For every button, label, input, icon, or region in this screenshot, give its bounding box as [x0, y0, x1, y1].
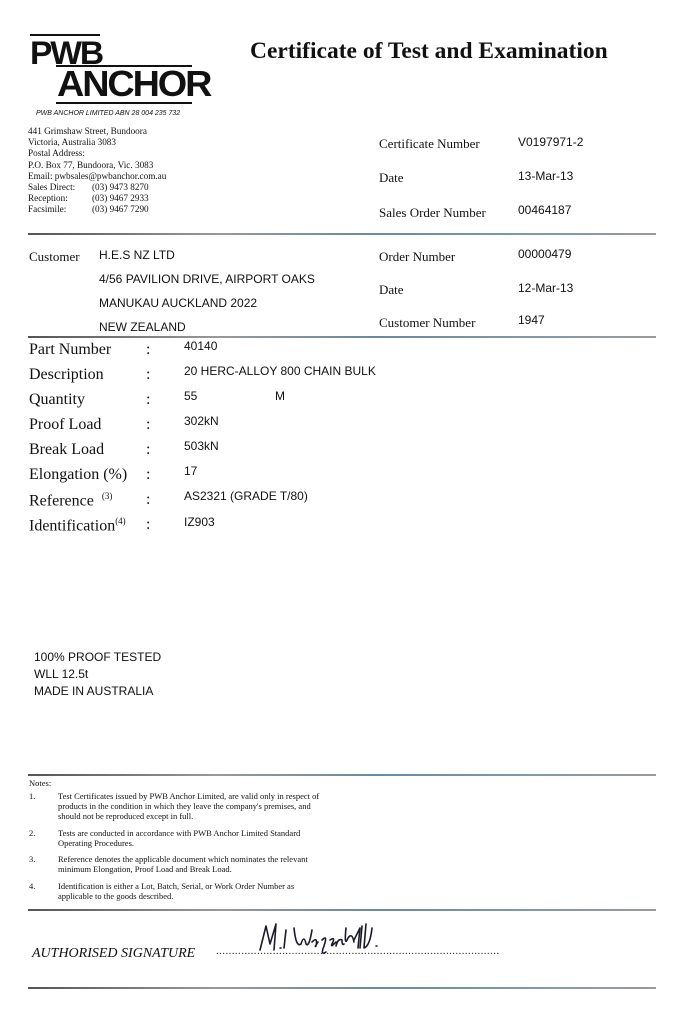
spec-label-identification: Identification(4) [29, 516, 126, 535]
note-text: Test Certificates issued by PWB Anchor L… [58, 791, 319, 821]
logo-anchor: ANCHOR [57, 66, 210, 102]
customer-label: Customer [29, 249, 80, 265]
customer-address-line: MANUKAU AUCKLAND 2022 [99, 296, 257, 310]
spec-label-reference: Reference (3) [29, 491, 112, 510]
spec-colon: : [146, 441, 150, 459]
certificate-date-label: Date [379, 170, 404, 186]
certificate-date-value: 13-Mar-13 [518, 169, 573, 183]
postal-label: Postal Address: [28, 148, 166, 159]
note-line: minimum Elongation, Proof Load and Break… [58, 864, 308, 874]
spec-colon: : [146, 366, 150, 384]
customer-address-line: 4/56 PAVILION DRIVE, AIRPORT OAKS [99, 272, 315, 286]
identification-footnote-marker: (4) [115, 516, 126, 526]
order-number-value: 00000479 [518, 247, 571, 261]
note-number: 4. [29, 881, 35, 891]
customer-name: H.E.S NZ LTD [99, 248, 175, 262]
note-line: Operating Procedures. [58, 838, 300, 848]
note-number: 2. [29, 828, 35, 838]
customer-number-value: 1947 [518, 313, 545, 327]
contact-reception: Reception: (03) 9467 2933 [28, 193, 166, 204]
remark-line: WLL 12.5t [34, 666, 161, 683]
note-line: Identification is either a Lot, Batch, S… [58, 881, 294, 891]
spec-colon: : [146, 416, 150, 434]
order-date-label: Date [379, 282, 404, 298]
company-email: Email: pwbsales@pwbanchor.com.au [28, 171, 166, 182]
certificate-number-value: V0197971-2 [518, 135, 583, 149]
spec-colon: : [146, 391, 150, 409]
reference-footnote-marker: (3) [102, 491, 113, 501]
note-line: Tests are conducted in accordance with P… [58, 828, 300, 838]
sales-order-number-value: 00464187 [518, 203, 571, 217]
remark-line: MADE IN AUSTRALIA [34, 683, 161, 700]
spec-value-proof-load: 302kN [184, 414, 219, 428]
contact-sales-direct: Sales Direct: (03) 9473 8270 [28, 182, 166, 193]
divider-signature-bottom [28, 987, 656, 989]
reference-label-text: Reference [29, 492, 94, 509]
note-number: 1. [29, 791, 35, 801]
note-line: applicable to the goods described. [58, 891, 294, 901]
customer-country: NEW ZEALAND [99, 320, 186, 334]
note-text: Reference denotes the applicable documen… [58, 854, 308, 874]
note-text: Identification is either a Lot, Batch, S… [58, 881, 294, 901]
logo-rule-bottom [56, 102, 192, 104]
contact-value: (03) 9473 8270 [92, 182, 149, 193]
spec-label-description: Description [29, 366, 104, 384]
spec-quantity-unit: M [275, 389, 285, 403]
spec-label-proof-load: Proof Load [29, 416, 101, 434]
document-title: Certificate of Test and Examination [250, 38, 608, 65]
contact-value: (03) 9467 2933 [92, 193, 149, 204]
remarks: 100% PROOF TESTED WLL 12.5t MADE IN AUST… [34, 649, 161, 700]
postal-address: P.O. Box 77, Bundoora, Vic. 3083 [28, 160, 166, 171]
certificate-number-label: Certificate Number [379, 136, 480, 152]
company-address: 441 Grimshaw Street, Bundoora Victoria, … [28, 126, 166, 216]
contact-label: Facsimile: [28, 204, 92, 215]
spec-colon: : [146, 516, 150, 534]
spec-value-elongation: 17 [184, 464, 197, 478]
company-abn: PWB ANCHOR LIMITED ABN 28 004 235 732 [36, 110, 180, 117]
note-text: Tests are conducted in accordance with P… [58, 828, 300, 848]
note-line: Test Certificates issued by PWB Anchor L… [58, 791, 319, 801]
address-line: 441 Grimshaw Street, Bundoora [28, 126, 166, 137]
contact-label: Reception: [28, 193, 92, 204]
contact-value: (03) 9467 7290 [92, 204, 149, 215]
spec-value-quantity: 55 [184, 389, 197, 403]
contact-label: Sales Direct: [28, 182, 92, 193]
spec-value-part-number: 40140 [184, 339, 217, 353]
spec-label-elongation: Elongation (%) [29, 466, 127, 484]
spec-colon: : [146, 491, 150, 509]
identification-label-text: Identification [29, 517, 115, 534]
divider-header [28, 233, 656, 235]
customer-number-label: Customer Number [379, 315, 475, 331]
spec-value-break-load: 503kN [184, 439, 219, 453]
note-line: products in the condition in which they … [58, 801, 319, 811]
divider-signature-top [28, 909, 656, 911]
spec-colon: : [146, 466, 150, 484]
authorised-signature-label: AUTHORISED SIGNATURE [32, 946, 195, 962]
order-number-label: Order Number [379, 249, 455, 265]
divider-customer [28, 336, 656, 338]
spec-value-reference: AS2321 (GRADE T/80) [184, 489, 308, 503]
divider-notes [28, 774, 656, 776]
company-logo: PWB ANCHOR [30, 34, 192, 106]
order-date-value: 12-Mar-13 [518, 281, 573, 295]
spec-label-break-load: Break Load [29, 441, 104, 459]
note-line: should not be reproduced except in full. [58, 811, 319, 821]
spec-value-description: 20 HERC-ALLOY 800 CHAIN BULK [184, 364, 376, 378]
note-line: Reference denotes the applicable documen… [58, 854, 308, 864]
notes-title: Notes: [29, 778, 51, 788]
spec-colon: : [146, 341, 150, 359]
handwritten-signature [256, 918, 406, 958]
spec-label-quantity: Quantity [29, 391, 85, 409]
remark-line: 100% PROOF TESTED [34, 649, 161, 666]
spec-value-identification: IZ903 [184, 515, 215, 529]
address-line: Victoria, Australia 3083 [28, 137, 166, 148]
contact-facsimile: Facsimile: (03) 9467 7290 [28, 204, 166, 215]
sales-order-number-label: Sales Order Number [379, 205, 486, 221]
spec-label-part-number: Part Number [29, 341, 111, 359]
note-number: 3. [29, 854, 35, 864]
